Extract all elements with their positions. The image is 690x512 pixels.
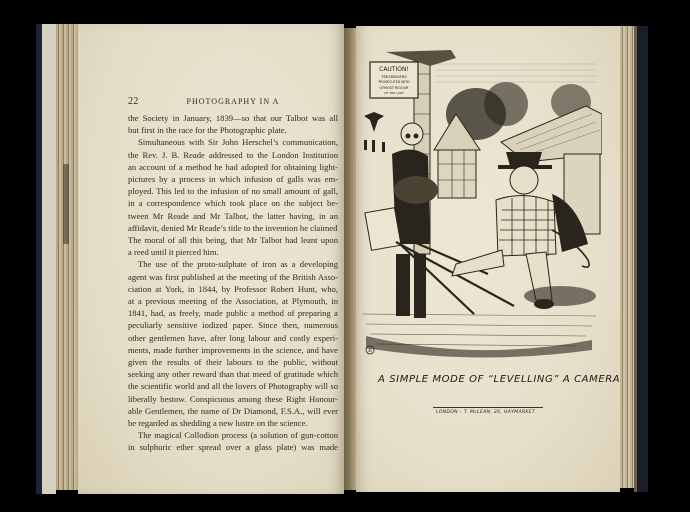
text-line: ciation at York, in 1844, by Professor R… [128,283,338,295]
svg-text:PROSECUTED WITH: PROSECUTED WITH [378,80,410,84]
spine-label [63,164,69,244]
text-line: a reed until it pierced him. [128,246,338,258]
imprint-rule [433,407,543,408]
text-line: agent was first published at the meeting… [128,271,338,283]
text-line: affidavit, denied Mr Reade’s title to th… [128,222,338,234]
text-line: The moral of all this being, that Mr Tal… [128,234,338,246]
text-line: the Rev. J. B. Reade addressed to the Lo… [128,149,338,161]
book-cover-left [36,24,56,494]
text-line: given the results of their labours to th… [128,356,338,368]
text-line: in a correspondence which took place on … [128,197,338,209]
text-line: other gentlemen have, after long labour … [128,332,338,344]
svg-text:CAUTION!: CAUTION! [379,66,409,73]
text-line: 1841, had, as freely, made public a meth… [128,307,338,319]
text-line: at a previous meeting of the Association… [128,295,338,307]
open-book: 22 PHOTOGRAPHY IN A the Society in Janua… [0,0,690,512]
text-line: The magical Collodion process (a solutio… [128,429,338,441]
book-cover-right [634,26,648,492]
publisher-imprint: LONDON – T. McLEAN, 26, HAYMARKET [436,410,546,415]
text-line: be regarded as shedding a new lustre on … [128,417,338,429]
text-line: Simultaneous with Sir John Herschel’s co… [128,136,338,148]
page-stack-left [56,24,78,490]
book-gutter [344,28,356,490]
text-line: tween Mr Reade and Mr Talbot, the latter… [128,210,338,222]
left-page: 22 PHOTOGRAPHY IN A the Society in Janua… [78,24,344,494]
text-line: peculiarly sensitive iodized paper. Sinc… [128,319,338,331]
text-line: ments, made further improvements in the … [128,344,338,356]
svg-text:OF THE LAW!: OF THE LAW! [384,91,404,95]
text-line: the scientific world and all the lovers … [128,380,338,392]
running-head-title: PHOTOGRAPHY IN A [128,97,338,106]
text-line: seeking any other reward than that meed … [128,368,338,380]
engraving-illustration: CAUTION! TRESPASSERS PROSECUTED WITH UTM… [356,44,602,360]
svg-text:UTMOST RIGOUR: UTMOST RIGOUR [380,86,410,90]
text-line: ployed. This led to the infusion of no s… [128,185,338,197]
text-line: pictures by a process in which infusion … [128,173,338,185]
running-head: 22 PHOTOGRAPHY IN A [128,96,338,110]
text-line: The use of the proto-sulphate of iron as… [128,258,338,270]
text-line: but first in the race for the Photograph… [128,124,338,136]
text-line: able Gentlemen, the name of Dr Diamond, … [128,405,338,417]
text-line: in sulphuric ether spread over a glass p… [128,441,338,453]
body-text: the Society in January, 1839—so that our… [128,112,338,454]
text-line: the Society in January, 1839—so that our… [128,112,338,124]
illustration-caption: A SIMPLE MODE OF “LEVELLING” A CAMERA. [378,374,598,385]
text-line: an account of a method he had adopted fo… [128,161,338,173]
svg-text:TRESPASSERS: TRESPASSERS [380,75,407,79]
text-line: liberally bestow. Conspicuous among thes… [128,393,338,405]
svg-text:B: B [368,348,372,354]
